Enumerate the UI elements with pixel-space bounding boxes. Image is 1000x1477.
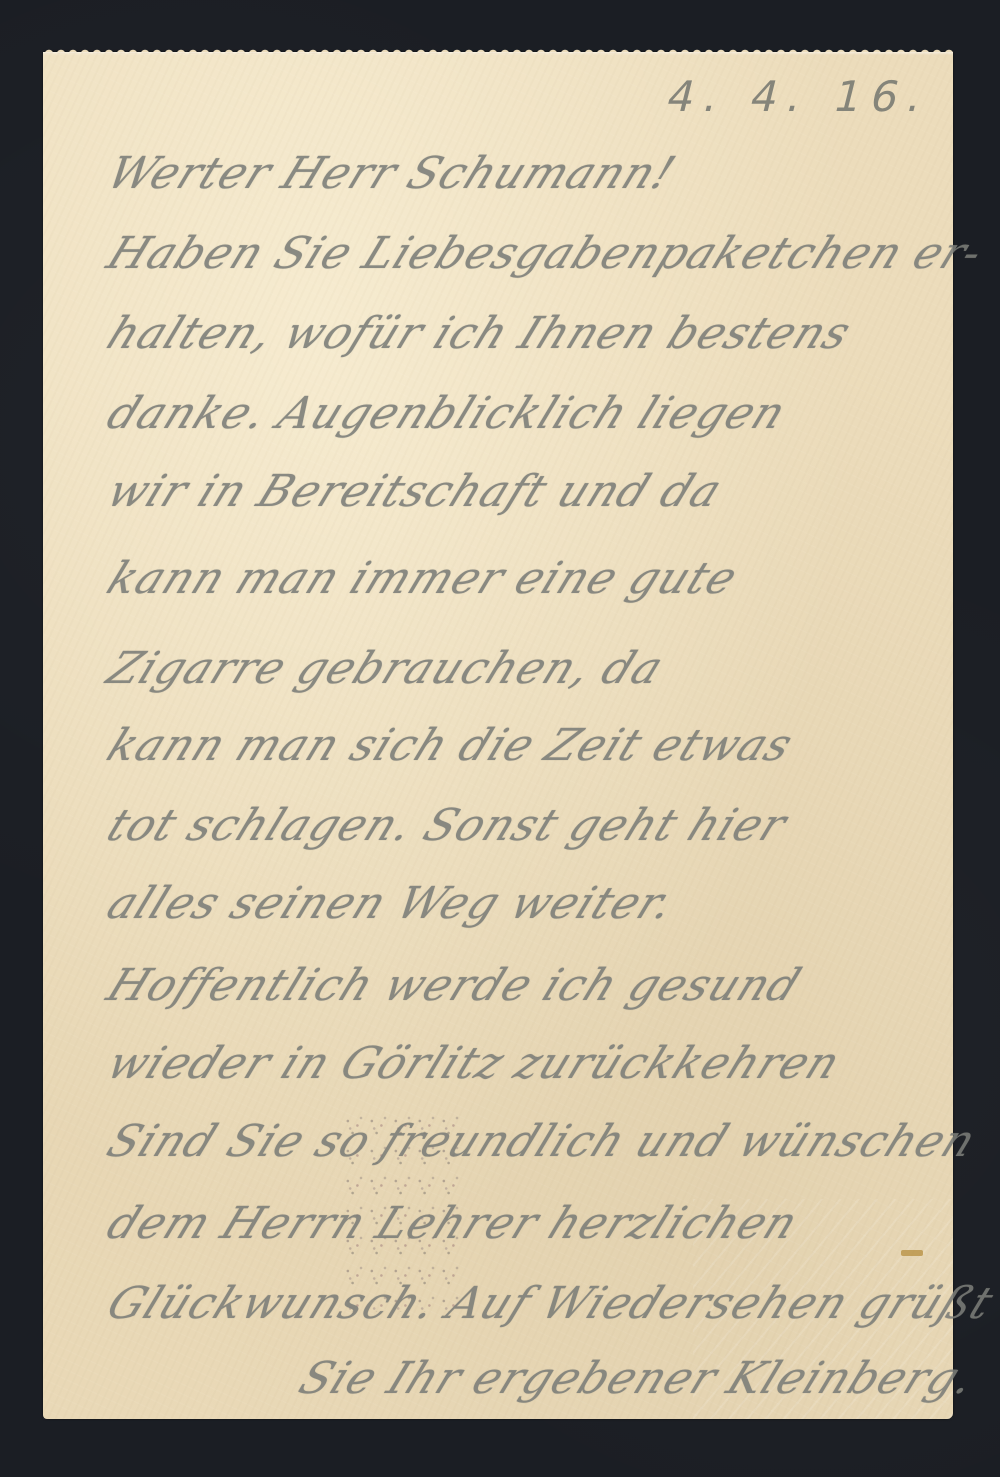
line-12: wieder in Görlitz zurückkehren: [101, 1042, 846, 1086]
line-2: Haben Sie Liebesgabenpaketchen er-: [101, 232, 989, 276]
line-6: kann man immer eine gute: [101, 557, 744, 601]
line-10: alles seinen Weg weiter.: [101, 882, 681, 926]
line-9: tot schlagen. Sonst geht hier: [101, 804, 793, 848]
edge-highlight: [43, 52, 953, 55]
line-11: Hoffentlich werde ich gesund: [101, 964, 807, 1008]
line-14: dem Herrn Lehrer herzlichen: [101, 1202, 804, 1246]
line-4: danke. Augenblicklich liegen: [101, 392, 792, 436]
line-15: Glückwunsch. Auf Wiedersehen grüßt: [101, 1282, 1000, 1326]
line-7: Zigarre gebrauchen, da: [101, 647, 670, 691]
stain-mark: [901, 1250, 923, 1256]
line-salutation: Werter Herr Schumann!: [101, 152, 681, 196]
postcard: 4. 4. 16. Werter Herr Schumann! Haben Si…: [43, 52, 953, 1419]
line-13: Sind Sie so freundlich und wünschen: [101, 1120, 982, 1164]
line-3: halten, wofür ich Ihnen bestens: [101, 312, 857, 356]
line-8: kann man sich die Zeit etwas: [101, 724, 799, 768]
line-signature: Sie Ihr ergebener Kleinberg.: [293, 1357, 981, 1401]
date: 4. 4. 16.: [662, 72, 938, 121]
line-5: wir in Bereitschaft und da: [101, 470, 728, 514]
